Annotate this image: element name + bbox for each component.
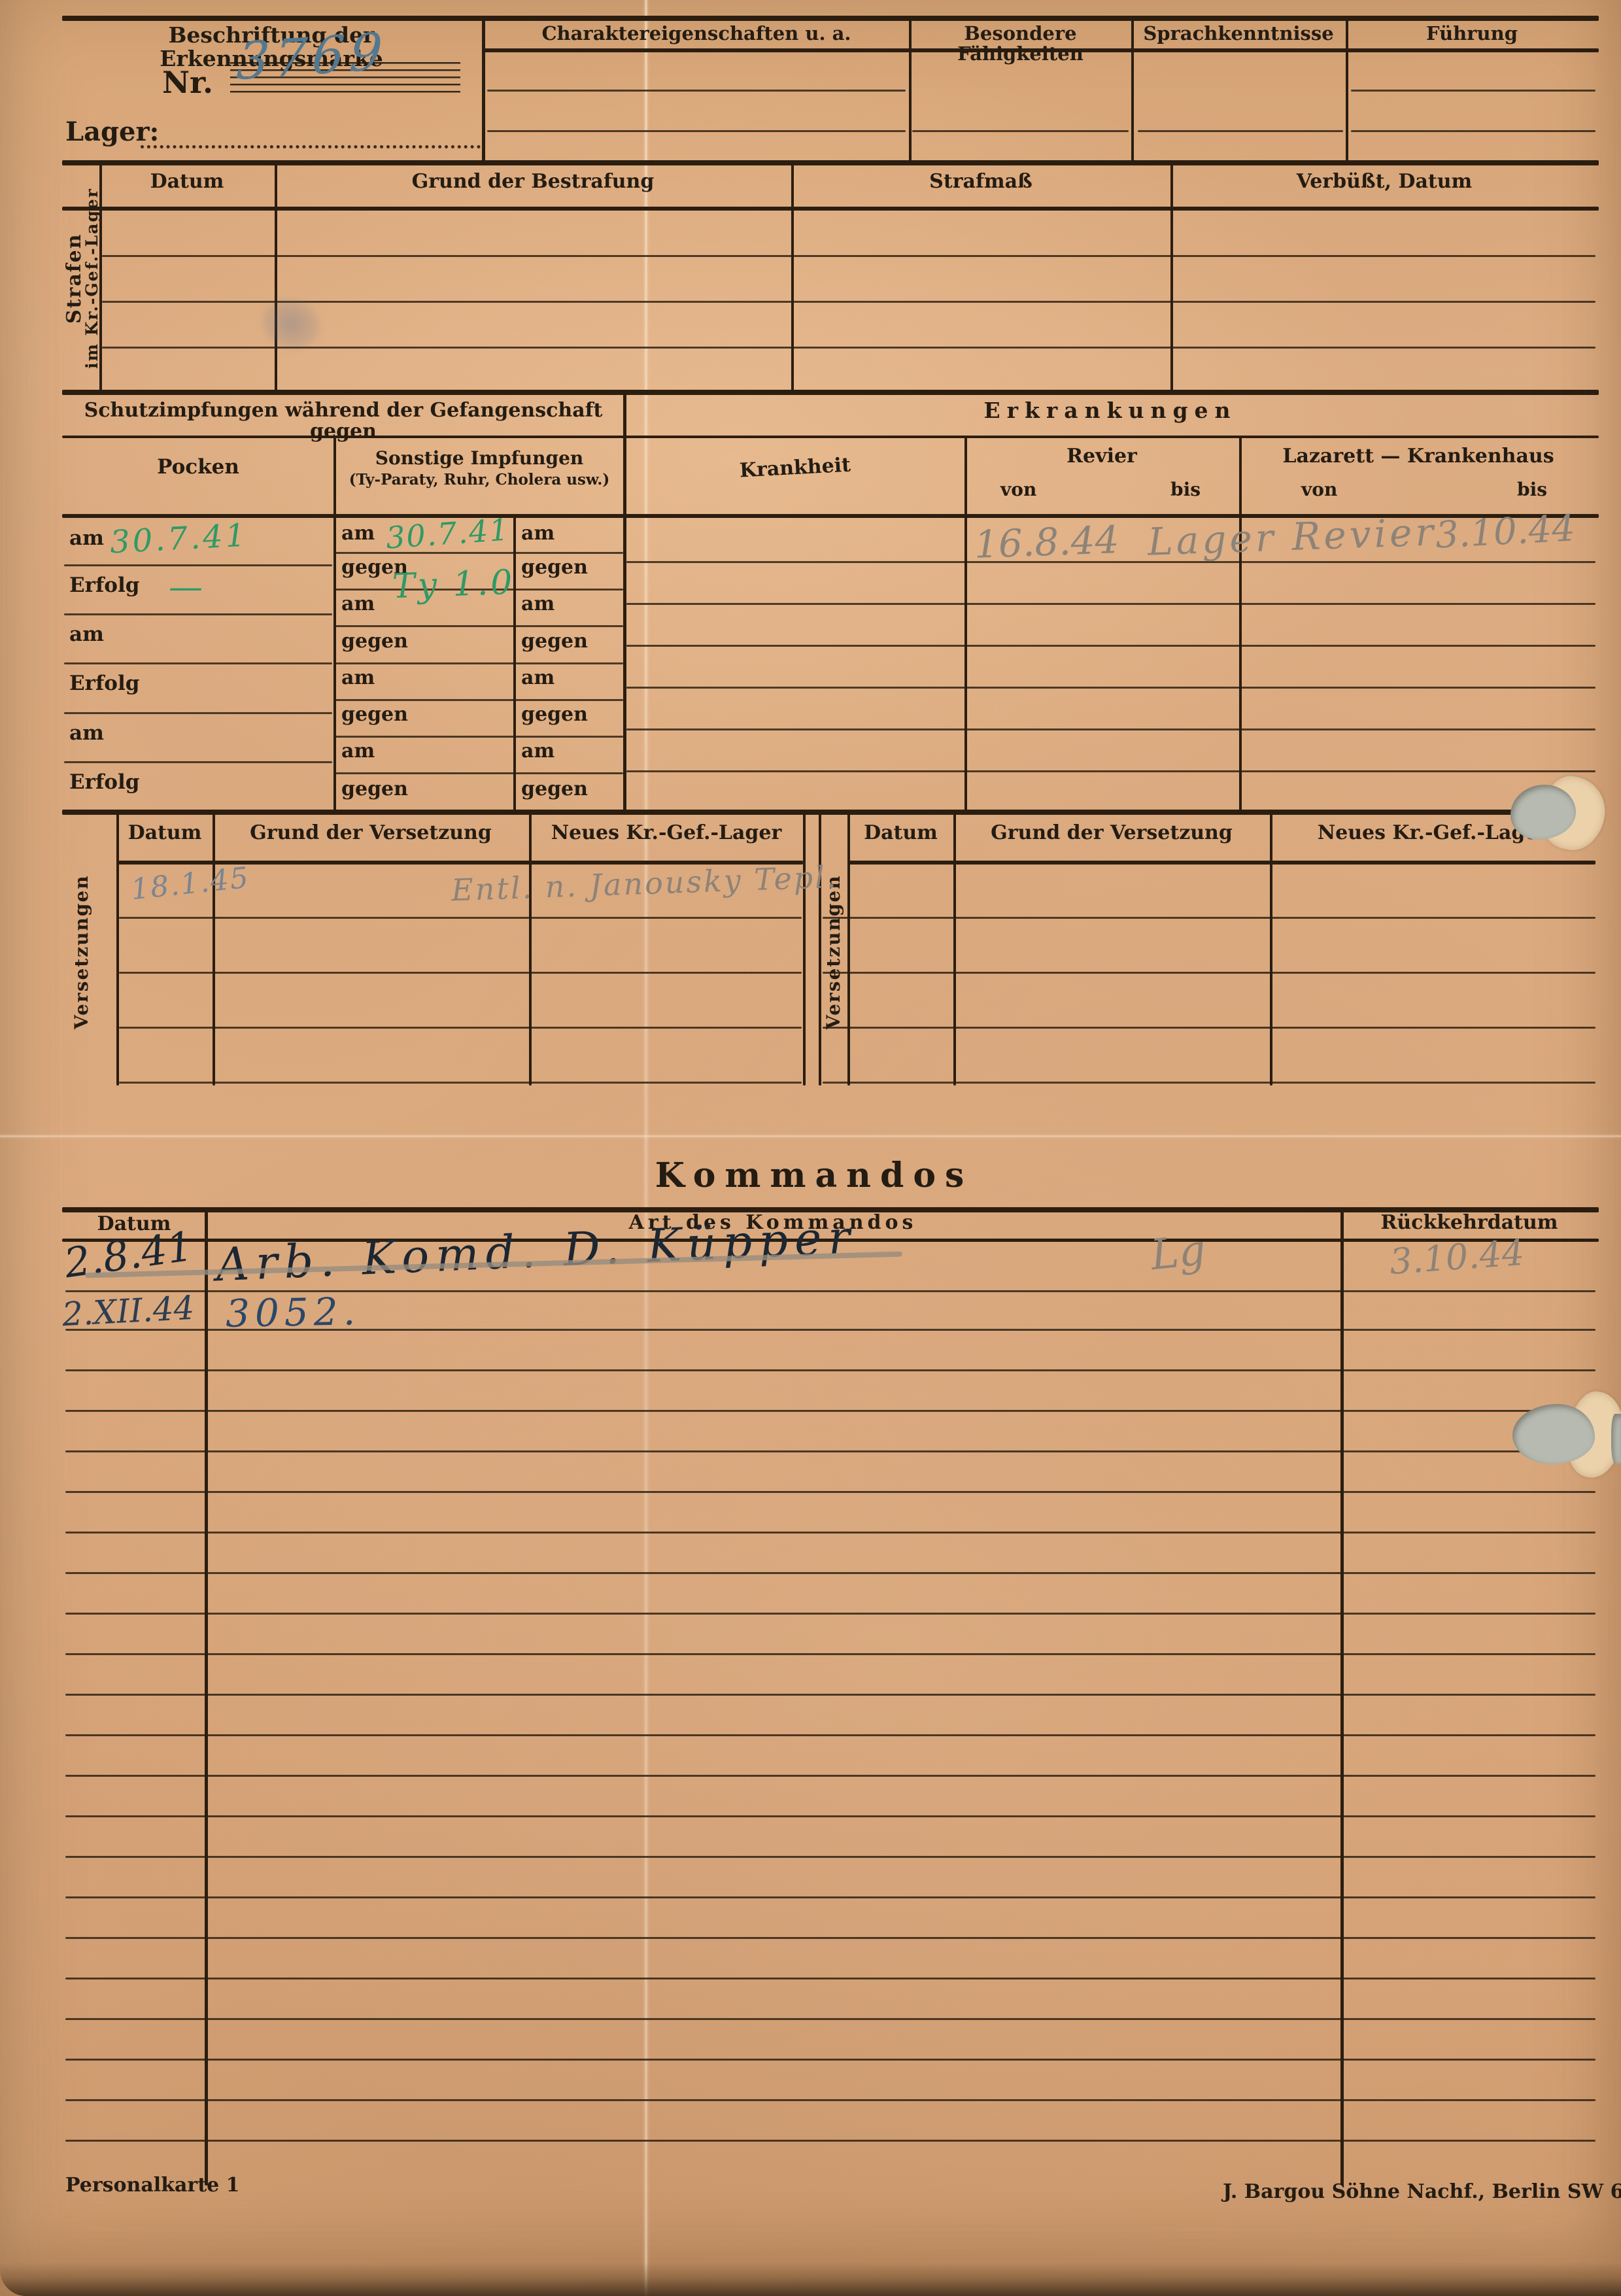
col-sprachkenntnisse: Sprachkenntnisse: [1136, 24, 1340, 44]
rule-line: [119, 1027, 802, 1029]
divider-line: [964, 436, 967, 811]
rule-line: [335, 699, 623, 701]
lazarett-von-label: von: [1301, 480, 1337, 500]
rule-line: [626, 687, 1595, 689]
erkrankung-bis-handwritten: 3.10.44: [1435, 510, 1576, 554]
footer-printer-credit: J. Bargou Söhne Nachf., Berlin SW 68: [1223, 2182, 1621, 2202]
impfungen-title: Schutzimpfungen während der Gefangenscha…: [65, 400, 621, 443]
rule-line: [335, 625, 623, 627]
heavy-rule: [62, 390, 1599, 395]
strafen-side-label-2: im Kr.-Gef.-Lager: [82, 169, 101, 388]
impfung-row-label: am: [341, 594, 375, 615]
rule-line: [823, 972, 1595, 974]
col-fuehrung: Führung: [1351, 24, 1593, 44]
rule-line: [487, 90, 906, 92]
divider-line: [116, 813, 119, 1086]
divider-line: [791, 160, 794, 391]
kommandos-row-line: [65, 1450, 1595, 1452]
rule-line: [626, 603, 1595, 605]
heavy-rule: [62, 160, 1599, 165]
versetzungen-left-col-datum: Datum: [119, 823, 211, 844]
rule-line: [119, 917, 802, 919]
versetzungen-side-label-left: Versetzungen: [71, 841, 92, 1063]
impfung-row-label: am: [69, 723, 104, 744]
kommando-row2-art-handwritten: 3052.: [226, 1292, 361, 1333]
versetzungen-right-col-grund: Grund der Versetzung: [956, 823, 1267, 844]
heavy-rule: [62, 810, 1599, 815]
impfung-row-label: Erfolg: [69, 673, 139, 694]
strafen-col-grund: Grund der Bestrafung: [277, 171, 789, 192]
punch-hole-bottom: [1512, 1404, 1595, 1464]
rule-line: [119, 972, 802, 974]
divider-line: [1239, 436, 1242, 811]
pocken-erfolg-dash-handwritten: —: [169, 570, 203, 604]
kommandos-row-line: [65, 2140, 1595, 2142]
rule-line: [64, 712, 332, 714]
rule-line: [335, 662, 623, 664]
divider-line: [529, 813, 532, 1086]
kommandos-row-line: [65, 1491, 1595, 1493]
divider-line: [1346, 16, 1348, 162]
divider-line: [333, 436, 336, 811]
heavy-rule: [847, 861, 1595, 865]
impfung-row-label: am: [69, 528, 104, 549]
impfung-row-label: am: [521, 741, 555, 762]
col-besondere-faehigkeiten: Besondere Fähigkeiten: [914, 24, 1127, 65]
divider-line: [803, 813, 806, 1086]
divider-line: [1340, 1207, 1344, 2185]
divider-line: [513, 514, 516, 811]
divider-line: [1170, 160, 1173, 391]
rule-line: [64, 564, 332, 566]
lager-dotted-line: [141, 122, 481, 148]
impfung-row-label: gegen: [341, 631, 408, 652]
impfung-row-label: am: [521, 523, 555, 544]
rule-line: [912, 130, 1129, 132]
impfung-row-label: gegen: [521, 779, 588, 800]
impfung-row-label: gegen: [521, 631, 588, 652]
kommandos-row-line: [65, 1896, 1595, 1898]
rule-line: [626, 770, 1595, 772]
erkrankungen-title: Erkrankungen: [626, 399, 1594, 422]
impfung-row-label: gegen: [341, 779, 408, 800]
kommandos-row-line: [65, 1856, 1595, 1858]
rule-line: [64, 761, 332, 763]
rule-line: [1138, 130, 1343, 132]
personalkarte-back: amErfolgamErfolgamErfolgamgegenamgegenam…: [0, 0, 1621, 2296]
rule-line: [102, 301, 1595, 303]
rule-line: [64, 662, 332, 664]
kommandos-title: Kommandos: [553, 1157, 1076, 1194]
kommandos-row-line: [65, 1978, 1595, 1979]
erkrankung-text-handwritten: Lager Revier: [1147, 513, 1437, 560]
divider-line: [1270, 813, 1272, 1086]
kommandos-row-line: [65, 1410, 1595, 1412]
divider-line: [623, 390, 626, 811]
ink-smudge: [239, 275, 343, 372]
heavy-rule: [62, 207, 1599, 211]
divider-line: [213, 813, 215, 1086]
erkrankungen-col-lazarett: Lazarett — Krankenhaus: [1242, 446, 1595, 467]
impfung-row-label: Erfolg: [69, 772, 139, 793]
erkrankungen-col-krankheit: Krankheit: [628, 449, 963, 488]
erkrankung-revier-von-handwritten: 16.8.44: [974, 521, 1119, 564]
erkrankungen-col-revier: Revier: [967, 446, 1237, 467]
nr-label: Nr.: [162, 67, 213, 99]
kommandos-row-line: [65, 1937, 1595, 1939]
divider-line: [819, 813, 821, 1086]
card-bottom-edge-shadow: [0, 2263, 1621, 2296]
revier-von-label: von: [1000, 480, 1036, 500]
divider-line: [847, 813, 850, 1086]
impfung-row-label: gegen: [341, 704, 408, 725]
pocken-am-date-handwritten: 30.7.41: [109, 520, 248, 558]
rule-line: [335, 772, 623, 774]
kommandos-row-line: [65, 1572, 1595, 1574]
footer-form-name: Personalkarte 1: [65, 2175, 239, 2196]
divider-line: [909, 16, 912, 162]
rule-line: [1351, 130, 1595, 132]
versetzung-datum-handwritten: 18.1.45: [129, 864, 251, 905]
versetzung-text-handwritten: Entl. n. Janousky Tepl.: [451, 862, 838, 906]
erkennungsmarke-number-handwritten: 3769: [235, 26, 389, 88]
rule-line: [626, 728, 1595, 730]
col-charaktereigenschaften: Charaktereigenschaften u. a.: [490, 24, 902, 44]
impfung-row-label: am: [521, 594, 555, 615]
kommandos-row-line: [65, 1532, 1595, 1534]
divider-line: [205, 1207, 208, 2185]
strafen-col-verbuesst: Verbüßt, Datum: [1173, 171, 1595, 192]
kommandos-row-line: [65, 1369, 1595, 1371]
rule-line: [119, 1082, 802, 1084]
versetzungen-right-col-datum: Datum: [850, 823, 951, 844]
rule-line: [626, 645, 1595, 647]
rule-line: [1351, 90, 1595, 92]
kommandos-col-rueckkehr: Rückkehrdatum: [1343, 1212, 1595, 1233]
impfung-row-label: am: [341, 741, 375, 762]
rule-line: [823, 917, 1595, 919]
kommandos-row-line: [65, 2059, 1595, 2061]
versetzungen-left-col-neues: Neues Kr.-Gef.-Lager: [532, 823, 801, 844]
kommandos-row-line: [65, 1775, 1595, 1777]
kommandos-row-line: [65, 1653, 1595, 1655]
rule-line: [823, 1027, 1595, 1029]
rule-line: [102, 255, 1595, 257]
divider-line: [953, 813, 956, 1086]
lazarett-bis-label: bis: [1517, 480, 1547, 500]
kommandos-row-line: [65, 2018, 1595, 2020]
impfung-row-label: am: [69, 624, 104, 645]
rule-line: [335, 552, 623, 554]
heavy-rule: [62, 16, 1599, 21]
versetzungen-left-col-grund: Grund der Versetzung: [215, 823, 526, 844]
sonstige-am-date-handwritten: 30.7.41: [385, 514, 511, 553]
kommandos-row-line: [65, 2099, 1595, 2101]
impfungen-col-sonstige-1: Sonstige Impfungen: [336, 449, 623, 468]
impfung-row-label: gegen: [521, 704, 588, 725]
rule-line: [487, 130, 906, 132]
impfung-row-label: am: [341, 668, 375, 689]
paper-texture: [0, 0, 1621, 2296]
divider-line: [482, 16, 485, 162]
kommandos-row-line: [65, 1815, 1595, 1817]
impfungen-col-sonstige-2: (Ty-Paraty, Ruhr, Cholera usw.): [336, 472, 623, 488]
strafen-col-strafmass: Strafmaß: [794, 171, 1168, 192]
kommando-row1-rueckkehr-handwritten: 3.10.44: [1388, 1235, 1525, 1280]
punch-hole-bottom-edge-gap: [1611, 1414, 1621, 1464]
kommando-row2-datum-handwritten: 2.XII.44: [61, 1292, 196, 1331]
sonstige-gegen-value-handwritten: Ty 1.0: [392, 566, 515, 604]
scan-crease-horizontal: [0, 1135, 1621, 1137]
kommandos-row-line: [65, 1694, 1595, 1696]
divider-line: [1131, 16, 1134, 162]
impfung-row-label: am: [521, 668, 555, 689]
strafen-col-datum: Datum: [102, 171, 272, 192]
impfung-row-label: gegen: [521, 557, 588, 578]
kommando-row1-pencil-note: Lg: [1149, 1229, 1208, 1277]
impfungen-col-pocken: Pocken: [64, 456, 332, 478]
revier-bis-label: bis: [1170, 480, 1201, 500]
scan-crease-vertical: [645, 0, 647, 2296]
impfung-row-label: am: [341, 523, 375, 544]
kommandos-row-line: [65, 1613, 1595, 1615]
kommandos-row-line: [65, 1734, 1595, 1736]
rule-line: [335, 736, 623, 738]
rule-line: [64, 613, 332, 615]
impfung-row-label: Erfolg: [69, 575, 139, 596]
rule-line: [823, 1082, 1595, 1084]
